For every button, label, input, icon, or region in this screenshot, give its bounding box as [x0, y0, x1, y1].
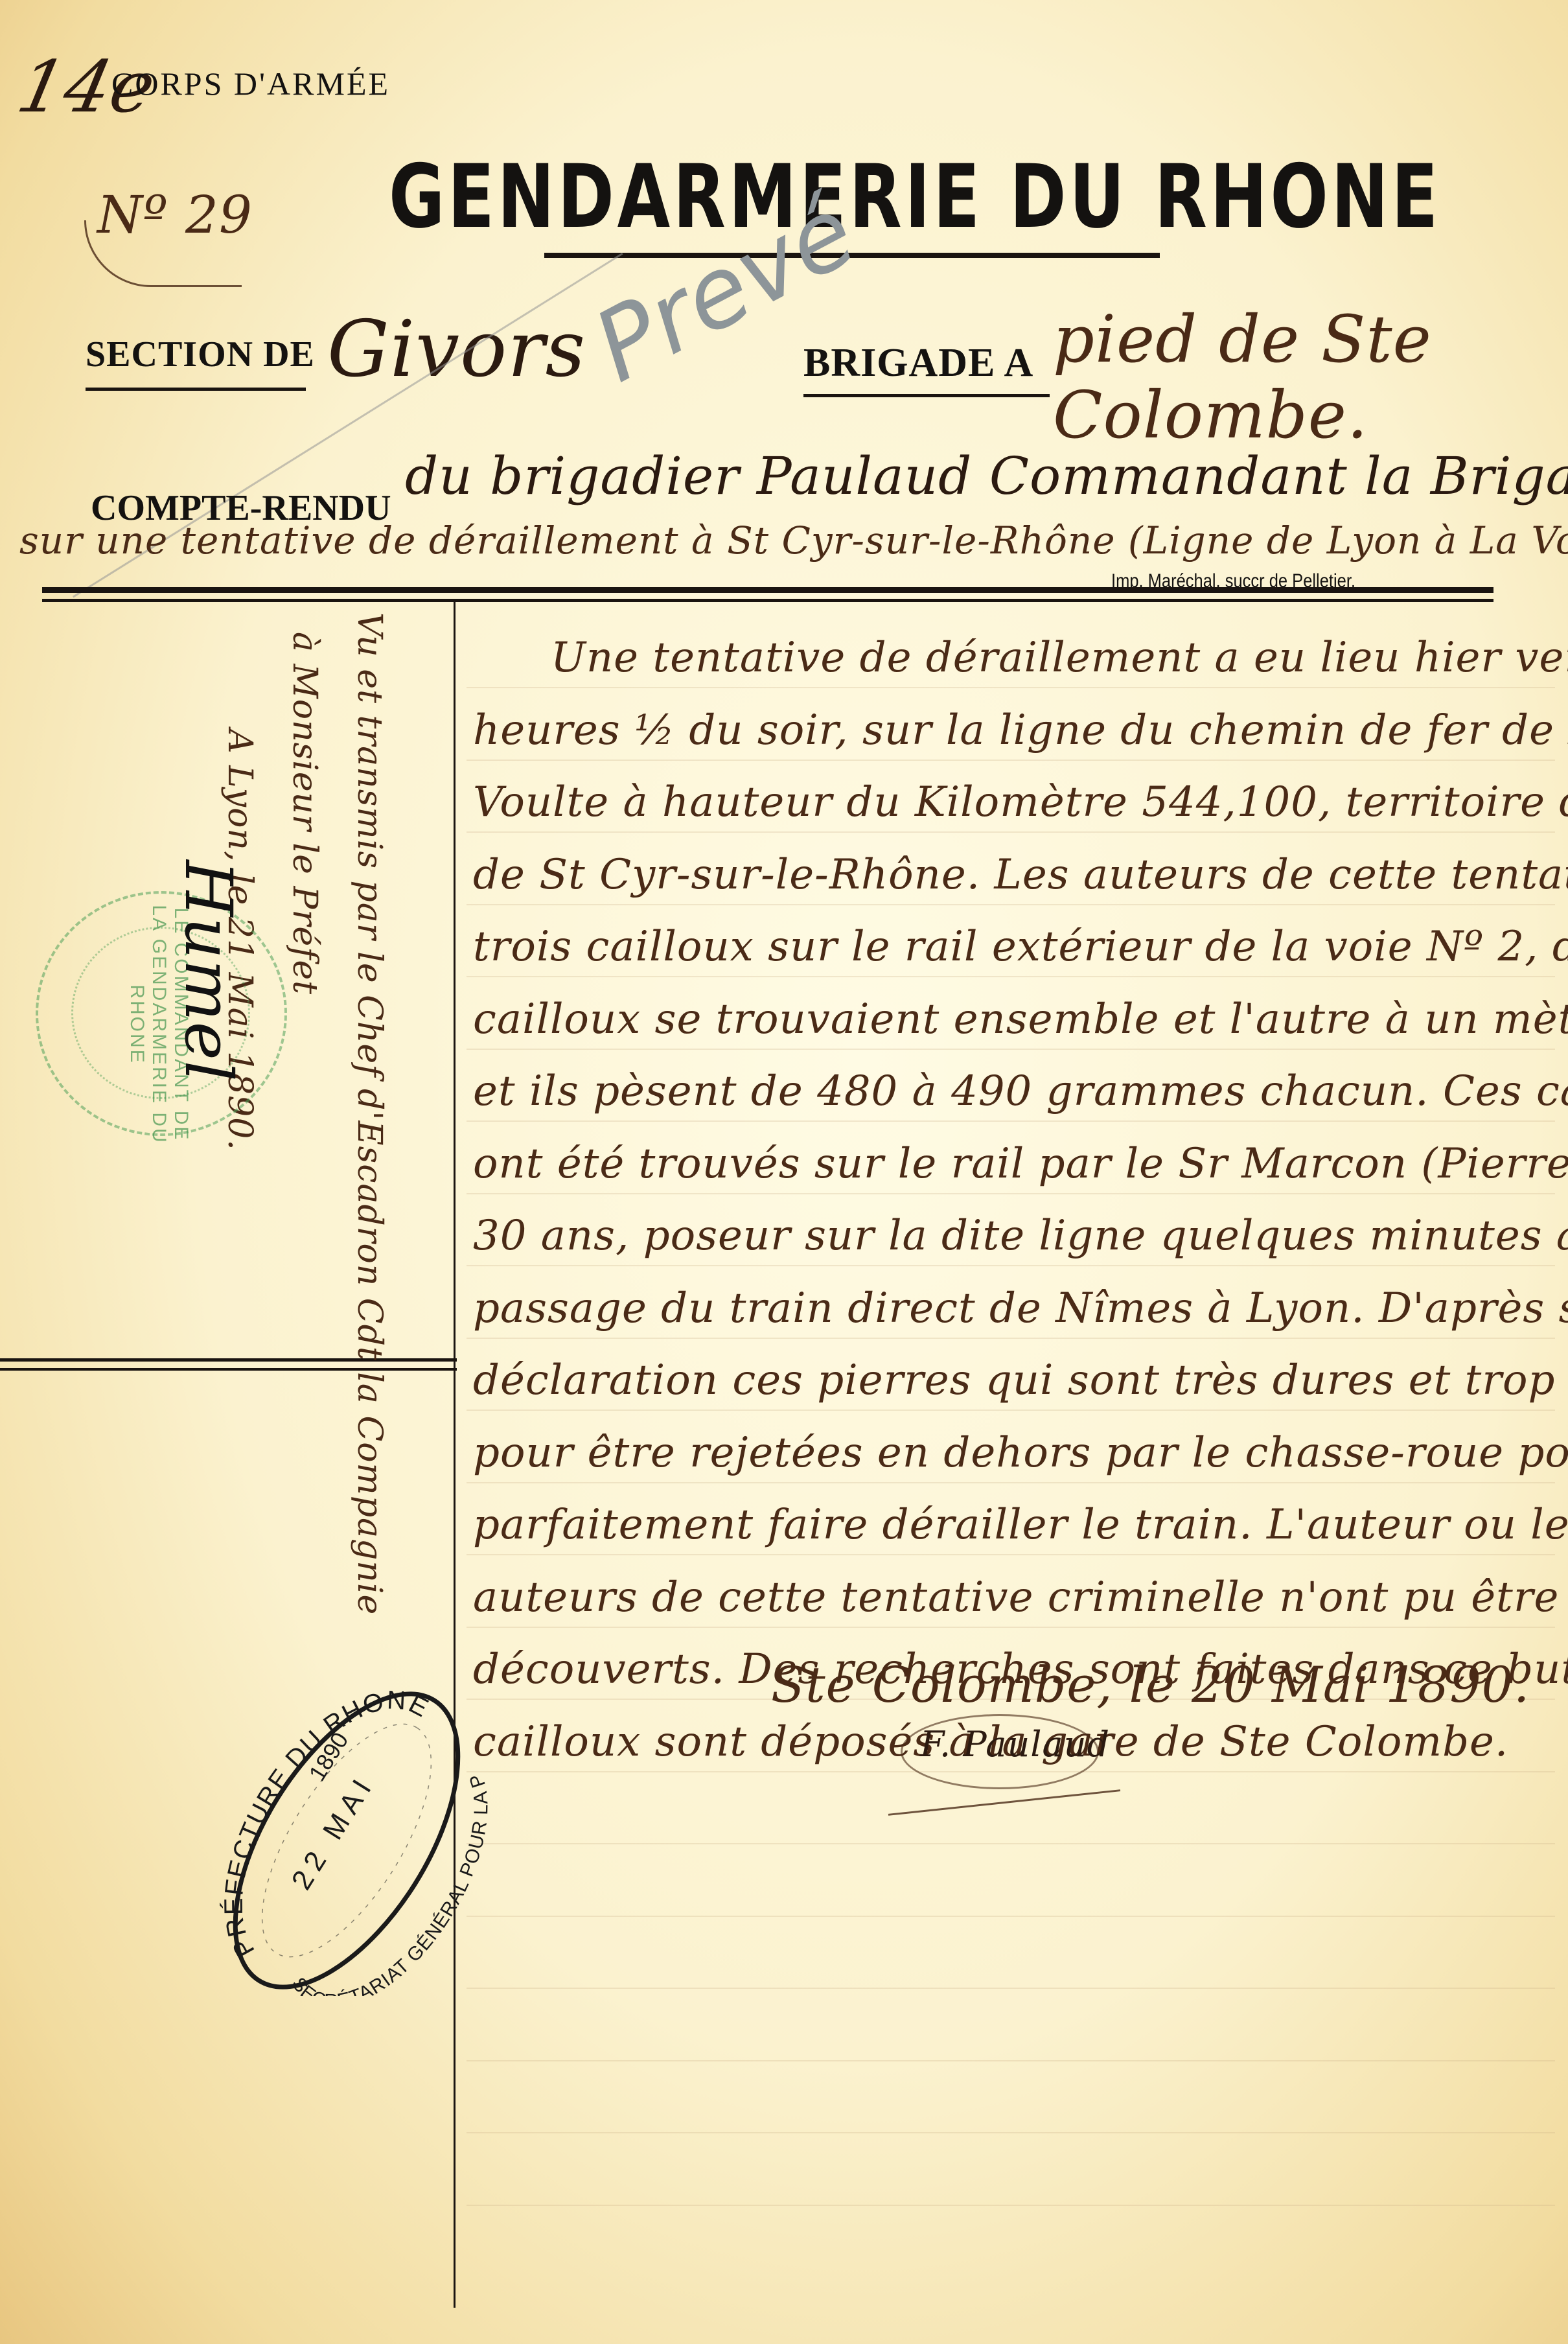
report-author-line: du brigadier Paulaud Commandant la Briga…: [405, 446, 1568, 506]
brigade-underline: [803, 394, 1050, 397]
section-value: Givors: [327, 305, 586, 395]
ruled-line: [467, 1843, 1555, 1844]
dossier-flourish: [84, 220, 242, 287]
prefecture-stamp-oval: PRÉFECTURE DU RHONE SECRÉTARIAT GÉNÉRAL …: [194, 1685, 499, 1996]
body-line: parfaitement faire dérailler le train. L…: [473, 1489, 1549, 1562]
page-title: GENDARMERIE DU RHONE: [389, 146, 1441, 248]
ruled-line: [467, 1988, 1555, 1989]
body-line: cailloux se trouvaient ensemble et l'aut…: [473, 984, 1549, 1056]
report-body: Une tentative de déraillement a eu lieu …: [473, 622, 1549, 1778]
brigade-value: pied de Ste Colombe.: [1053, 301, 1568, 453]
prefecture-received-stamp: PRÉFECTURE DU RHONE SECRÉTARIAT GÉNÉRAL …: [194, 1685, 499, 1996]
section-underline: [86, 388, 306, 391]
date-line: Ste Colombe, le 20 Mai 1890.: [771, 1656, 1530, 1713]
corps-label: CORPS D'ARMÉE: [111, 65, 390, 102]
body-line: auteurs de cette tentative criminelle n'…: [473, 1562, 1549, 1634]
body-line: trois cailloux sur le rail extérieur de …: [473, 911, 1549, 984]
body-line: heures ½ du soir, sur la ligne du chemin…: [473, 695, 1549, 767]
body-line: ont été trouvés sur le rail par le Sr Ma…: [473, 1128, 1549, 1201]
brigade-label: BRIGADE A: [803, 340, 1033, 386]
prefecture-stamp-day-month: 22 MAI: [286, 1769, 381, 1895]
ruled-line: [467, 2132, 1555, 2133]
body-line: passage du train direct de Nîmes à Lyon.…: [473, 1273, 1549, 1345]
margin-note-line: Vu et transmis par le Chef d'Escadron Cd…: [337, 612, 402, 1338]
body-line: déclaration ces pierres qui sont très du…: [473, 1345, 1549, 1417]
section-label: SECTION DE: [86, 334, 315, 375]
body-line: de St Cyr-sur-le-Rhône. Les auteurs de c…: [473, 839, 1549, 912]
body-line: Voulte à hauteur du Kilomètre 544,100, t…: [473, 767, 1549, 839]
body-line: Une tentative de déraillement a eu lieu …: [473, 622, 1549, 695]
header-double-rule-top: [42, 587, 1493, 593]
signature-underline: [888, 1789, 1120, 1816]
body-line: 30 ans, poseur sur la dite ligne quelque…: [473, 1200, 1549, 1273]
body-line: pour être rejetées en dehors par le chas…: [473, 1417, 1549, 1490]
ruled-line: [467, 2060, 1555, 2061]
ruled-line: [467, 1916, 1555, 1917]
report-subject-line: sur une tentative de déraillement à St C…: [19, 518, 1568, 563]
ruled-line: [467, 2205, 1555, 2206]
signature: F. Paulaud: [920, 1724, 1110, 1765]
commander-signature: Humel: [170, 860, 246, 1082]
margin-note-line: à Monsieur le Préfet: [272, 612, 337, 1338]
column-divider: [454, 600, 455, 2308]
body-line: et ils pèsent de 480 à 490 grammes chacu…: [473, 1056, 1549, 1128]
header-double-rule-bottom: [42, 599, 1493, 602]
